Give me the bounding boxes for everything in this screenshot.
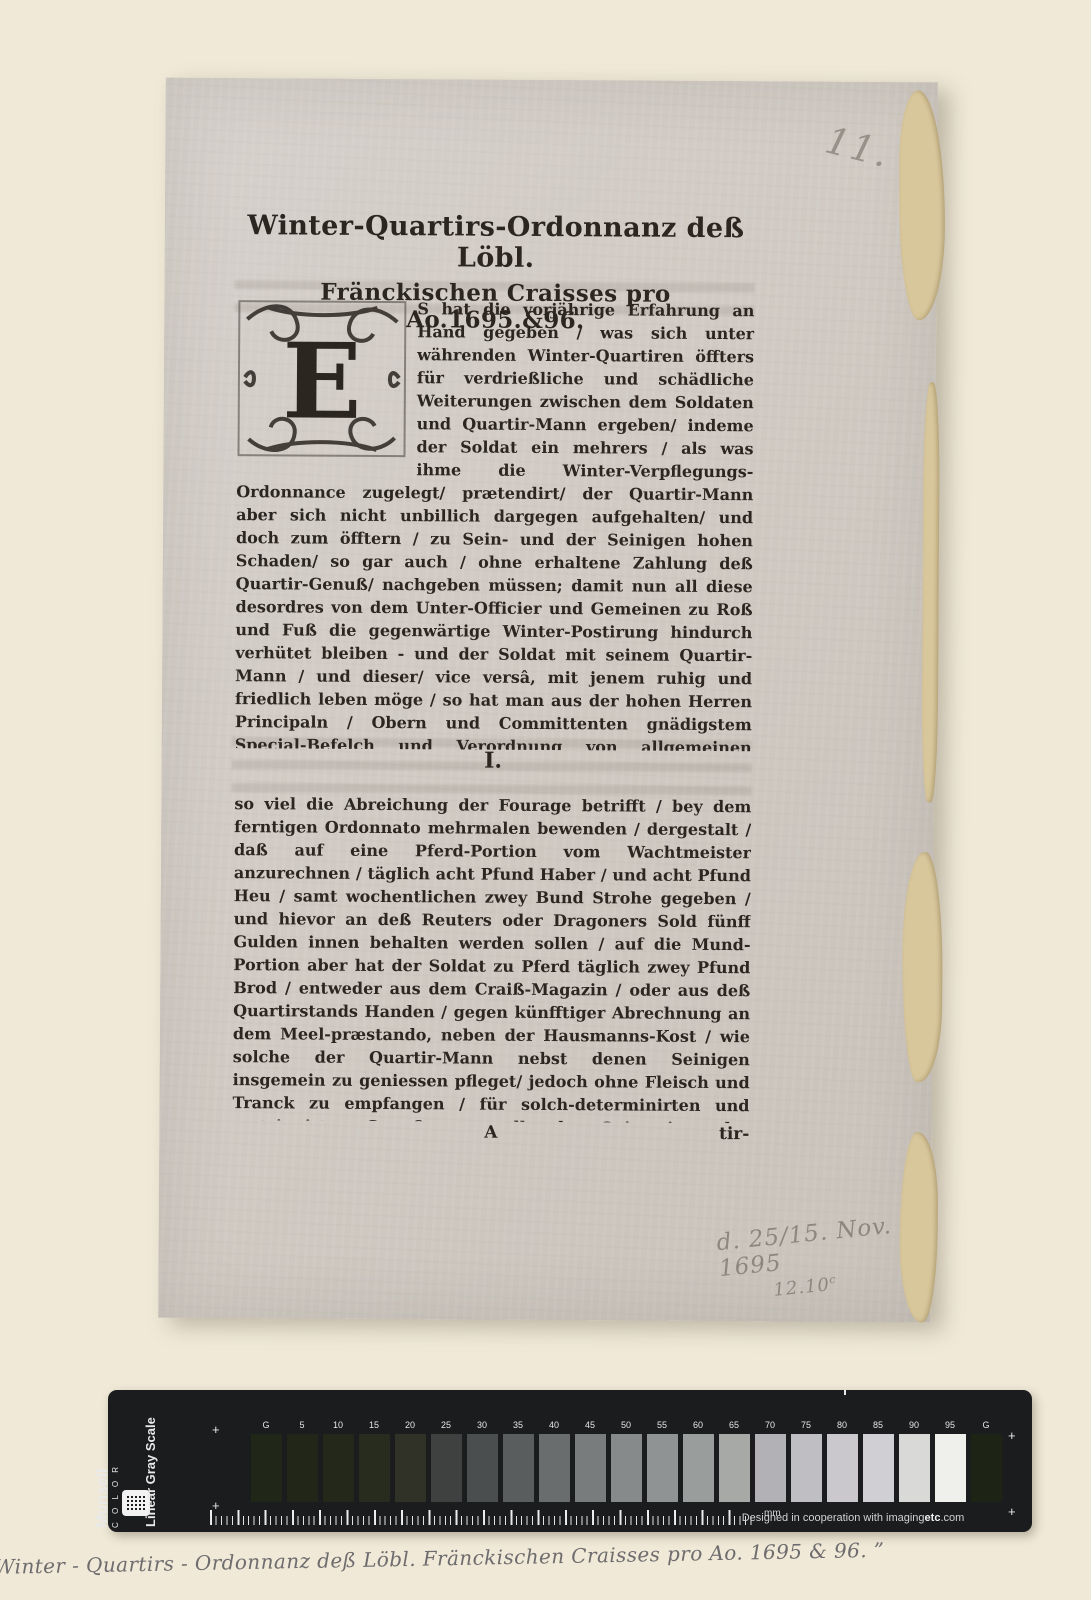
catchword: tir- [719,1124,749,1144]
gray-patch-swatch [899,1434,930,1502]
section-one: so viel die Abreichung der Fourage betri… [232,792,751,1150]
gray-patch-label: 35 [500,1418,536,1432]
gray-patch-label: 15 [356,1418,392,1432]
gray-patch-95: 95 [932,1418,968,1502]
torn-edge-right [921,382,940,802]
gray-patch-20: 20 [392,1418,428,1502]
gray-patch-swatch [755,1434,786,1502]
gray-patch-80: 80 [824,1418,860,1502]
gray-patch-G: G [248,1418,284,1502]
gray-patch-label: 60 [680,1418,716,1432]
gray-patch-swatch [251,1434,282,1502]
gray-patch-swatch [863,1434,894,1502]
gray-patch-label: 30 [464,1418,500,1432]
title-line-1: Winter-Quartirs-Ordonnanz deß Löbl. [237,210,755,275]
gray-patch-label: 70 [752,1418,788,1432]
gray-patch-swatch [935,1434,966,1502]
gray-patch-label: 75 [788,1418,824,1432]
gray-patch-label: 20 [392,1418,428,1432]
gray-patch-swatch [467,1434,498,1502]
gray-patch-swatch [539,1434,570,1502]
gray-patch-swatch [719,1434,750,1502]
gathering-signature-mark: A [232,1121,749,1144]
gray-scale-label: Linear Gray Scale [143,1417,158,1527]
intro-paragraph: E S hat die vorjährige Erfahrung an Hand… [235,296,755,751]
gray-patch-label: 65 [716,1418,752,1432]
handwritten-superscript: c [829,1273,837,1287]
registration-cross-icon: + [212,1422,220,1437]
gray-patch-G: G [968,1418,1004,1502]
gray-patch-label: 55 [644,1418,680,1432]
gray-patch-swatch [611,1434,642,1502]
gray-patch-swatch [827,1434,858,1502]
signature-line: A tir- [232,1121,749,1150]
gray-patch-70: 70 [752,1418,788,1502]
gray-patch-label: 50 [608,1418,644,1432]
section-number-heading: I. [235,746,752,775]
gray-patch-label: 85 [860,1418,896,1432]
gray-patch-label: 5 [284,1418,320,1432]
munsell-brand: Munsell C O L O R [96,1464,122,1528]
gray-patch-swatch [287,1434,318,1502]
gray-patch-swatch [395,1434,426,1502]
gray-patch-30: 30 [464,1418,500,1502]
gray-patch-25: 25 [428,1418,464,1502]
gray-patch-40: 40 [536,1418,572,1502]
registration-notch [844,1390,846,1395]
gray-patch-label: 40 [536,1418,572,1432]
gray-patch-55: 55 [644,1418,680,1502]
credit-suffix: .com [940,1512,964,1524]
gray-patch-label: 90 [896,1418,932,1432]
gray-patch-label: 95 [932,1418,968,1432]
credit-bold: etc [925,1512,941,1524]
document-sheet: 11. Winter-Quartirs-Ordonnanz deß Löbl. … [158,78,938,1323]
gray-patch-swatch [359,1434,390,1502]
gray-patch-label: 10 [320,1418,356,1432]
gray-patch-45: 45 [572,1418,608,1502]
handwritten-date-note: d. 25/15. Nov. 1695 12.10c [715,1209,933,1306]
gray-patch-swatch [647,1434,678,1502]
gray-patch-swatch [503,1434,534,1502]
gray-patch-5: 5 [284,1418,320,1502]
credit-prefix: Designed in cooperation with imaging [742,1512,925,1524]
torn-edge-top-right [898,90,945,320]
drop-cap-letter: E [282,319,362,442]
handwritten-folio-number: 11. [821,119,894,177]
pencil-caption: Winter - Quartirs - Ordonnanz deß Löbl. … [0,1541,714,1579]
brand-sub: C O L O R [109,1464,122,1528]
registration-cross-icon: + [1008,1428,1016,1443]
gray-patch-swatch [791,1434,822,1502]
gray-patch-10: 10 [320,1418,356,1502]
gray-patch-label: 45 [572,1418,608,1432]
credit-line: Designed in cooperation with imagingetc.… [668,1512,1038,1524]
munsell-gray-scale-bar: Munsell C O L O R Linear Gray Scale + + … [108,1390,1032,1532]
gray-patch-50: 50 [608,1418,644,1502]
gray-scale-patches: G5101520253035404550556065707580859095G [248,1418,1004,1502]
gray-patch-label: 25 [428,1418,464,1432]
torn-edge-mid-right [902,852,943,1082]
section-one-text: so viel die Abreichung der Fourage betri… [232,792,751,1123]
brand-name: Munsell [96,1464,109,1528]
gray-patch-65: 65 [716,1418,752,1502]
gray-patch-15: 15 [356,1418,392,1502]
gray-patch-label: 80 [824,1418,860,1432]
gray-patch-label: G [248,1418,284,1432]
gray-patch-swatch [431,1434,462,1502]
gray-patch-swatch [323,1434,354,1502]
gray-patch-swatch [575,1434,606,1502]
gray-patch-label: G [968,1418,1004,1432]
gray-patch-75: 75 [788,1418,824,1502]
ornate-initial: E [236,299,407,458]
gray-patch-85: 85 [860,1418,896,1502]
gray-patch-35: 35 [500,1418,536,1502]
handwritten-number: 12.10 [773,1274,831,1300]
gray-patch-swatch [971,1434,1002,1502]
gray-patch-90: 90 [896,1418,932,1502]
gray-patch-swatch [683,1434,714,1502]
gray-patch-60: 60 [680,1418,716,1502]
ornate-initial-woodcut: E [236,299,407,458]
photographed-archival-page: 11. Winter-Quartirs-Ordonnanz deß Löbl. … [0,0,1091,1600]
